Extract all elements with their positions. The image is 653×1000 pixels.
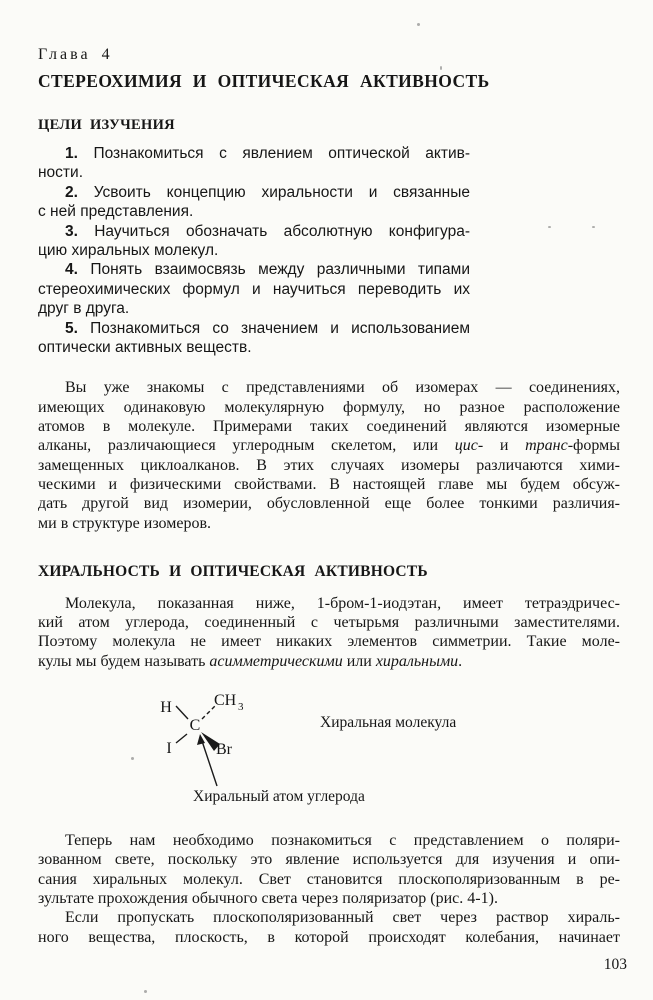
chapter-label: Глава 4: [38, 46, 620, 64]
text-segment: кулы мы будем называть: [38, 653, 209, 670]
figure-caption-molecule: Хиральная молекула: [320, 714, 456, 732]
paragraph-chirality: Молекула, показанная ниже, 1-бром-1-иодэ…: [38, 594, 620, 671]
chapter-title: СТЕРЕОХИМИЯ И ОПТИЧЕСКАЯ АКТИВНОСТЬ: [38, 70, 620, 92]
text-line: Теперь нам необходимо познакомиться с пр…: [38, 831, 620, 850]
goals-list: 1. Познакомиться с явлением оптической а…: [38, 144, 470, 357]
goal-number: 5.: [65, 320, 78, 337]
atom-c: C: [190, 717, 201, 734]
italic-term: транс-: [525, 437, 573, 454]
text-line: Поэтому молекула не имеет никаких элемен…: [38, 632, 620, 651]
goal-text: Усвоить концепцию хиральности и связанны…: [94, 184, 470, 201]
atom-ch3-subscript: 3: [238, 701, 244, 713]
text-segment: алканы, различающиеся углеродным скелето…: [38, 437, 455, 454]
text-segment: .: [458, 653, 462, 670]
goal-number: 1.: [65, 145, 78, 162]
scanned-book-page: Глава 4 СТЕРЕОХИМИЯ И ОПТИЧЕСКАЯ АКТИВНО…: [0, 0, 653, 1000]
text-line: замещенных циклоалканов. В этих случаях …: [38, 456, 620, 475]
text-segment: и: [483, 437, 525, 454]
atom-i: I: [166, 740, 171, 757]
text-line: ческими и физическими свойствами. В наст…: [38, 475, 620, 494]
figure-caption-chiral-carbon: Хиральный атом углерода: [193, 788, 365, 806]
paragraph-rotation: Если пропускать плоскополяризованный све…: [38, 908, 620, 947]
goal-text: Познакомиться со значением и использован…: [90, 320, 470, 337]
scan-speckle: [417, 23, 420, 26]
goal-item-line: оптически активных веществ.: [38, 338, 470, 357]
italic-term: цис-: [455, 437, 483, 454]
italic-term: хиральными: [376, 653, 458, 670]
goal-item-line: 3. Научиться обозначать абсолютную конфи…: [38, 222, 470, 241]
text-line: сания хиральных молекул. Свет становится…: [38, 870, 620, 889]
text-line: зультате прохождения обычного света чере…: [38, 889, 620, 908]
italic-term: асимметрическими: [209, 653, 342, 670]
goal-text: Познакомиться с явлением оптической акти…: [93, 145, 470, 162]
scan-speckle: [548, 226, 551, 228]
text-line: зованном свете, поскольку это явление ис…: [38, 850, 620, 869]
bond-h-c: [176, 706, 188, 719]
text-line: имеющих одинаковую молекулярную формулу,…: [38, 398, 620, 417]
paragraph-polarized-light: Теперь нам необходимо познакомиться с пр…: [38, 831, 620, 908]
goal-item-line: с ней представления.: [38, 202, 470, 221]
goal-item-line: стереохимических формул и научиться пере…: [38, 280, 470, 299]
text-line: Молекула, показанная ниже, 1-бром-1-иодэ…: [38, 594, 620, 613]
bond-c-i: [176, 734, 187, 743]
goal-item-line: ности.: [38, 163, 470, 182]
text-line: Вы уже знакомы с представлениями об изом…: [38, 378, 620, 397]
paragraph-isomers: Вы уже знакомы с представлениями об изом…: [38, 378, 620, 532]
text-line: ного вещества, плоскость, в которой прои…: [38, 928, 620, 947]
goals-heading: ЦЕЛИ ИЗУЧЕНИЯ: [38, 117, 620, 133]
text-line: атомов в молекуле. Примерами таких соеди…: [38, 417, 620, 436]
molecule-figure: H C CH 3 I Br Хиральная молекула Хиральн…: [0, 685, 582, 810]
goal-text: Понять взаимосвязь между различными типа…: [90, 261, 470, 278]
atom-br: Br: [216, 741, 233, 758]
section-heading-chirality: ХИРАЛЬНОСТЬ И ОПТИЧЕСКАЯ АКТИВНОСТЬ: [38, 563, 620, 581]
atom-ch3: CH: [214, 692, 237, 709]
goal-number: 4.: [65, 261, 78, 278]
text-line: алканы, различающиеся углеродным скелето…: [38, 436, 620, 455]
text-segment: формы: [573, 437, 620, 454]
text-segment: или: [343, 653, 376, 670]
scan-speckle: [440, 66, 442, 70]
goal-number: 3.: [65, 223, 78, 240]
goal-item-line: цию хиральных молекул.: [38, 241, 470, 260]
goal-item-line: 5. Познакомиться со значением и использо…: [38, 319, 470, 338]
goal-item-line: друг в друга.: [38, 299, 470, 318]
scan-speckle: [592, 226, 595, 228]
scan-speckle: [144, 990, 147, 993]
goal-text: Научиться обозначать абсолютную конфигур…: [94, 223, 470, 240]
text-line: кулы мы будем называть асимметрическими …: [38, 652, 620, 671]
page-content: Глава 4 СТЕРЕОХИМИЯ И ОПТИЧЕСКАЯ АКТИВНО…: [38, 46, 620, 947]
goal-item-line: 2. Усвоить концепцию хиральности и связа…: [38, 183, 470, 202]
atom-h: H: [160, 699, 172, 716]
text-line: дать другой вид изомерии, обусловленной …: [38, 494, 620, 513]
text-line: Если пропускать плоскополяризованный све…: [38, 908, 620, 927]
scan-speckle: [131, 757, 134, 760]
page-number: 103: [604, 956, 627, 974]
goal-item-line: 1. Познакомиться с явлением оптической а…: [38, 144, 470, 163]
goal-item-line: 4. Понять взаимосвязь между различными т…: [38, 260, 470, 279]
text-line: ми в структуре изомеров.: [38, 514, 620, 533]
goal-number: 2.: [65, 184, 78, 201]
text-line: кий атом углерода, соединенный с четырьм…: [38, 613, 620, 632]
